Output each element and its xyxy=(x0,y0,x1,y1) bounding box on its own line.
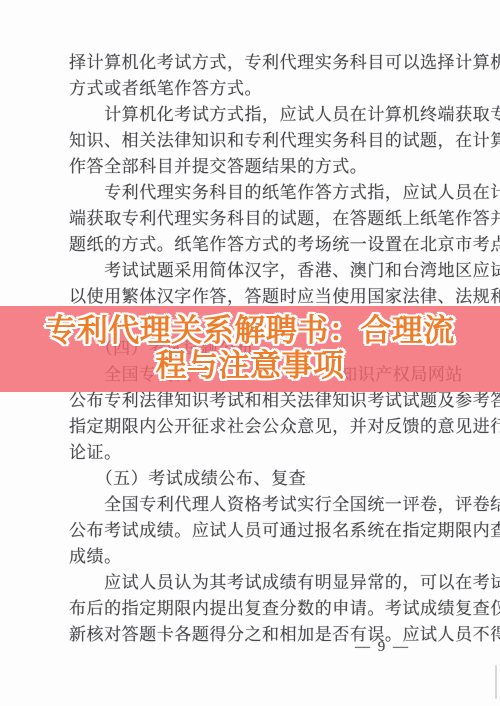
banner-title-line2: 程与注意事项 xyxy=(156,349,345,384)
document-line: 端获取专利代理实务科目的试题，在答题纸上纸笔作答并提交答 xyxy=(69,206,465,232)
document-line: 知识、相关法律知识和专利代理实务科目的试题，在计算机终端 xyxy=(69,128,465,154)
page-number: — 9 — xyxy=(355,639,410,656)
scanned-document-page: 择计算机化考试方式，专利代理实务科目可以选择计算机化考试 方式或者纸笔作答方式。… xyxy=(0,0,500,706)
document-line: 方式或者纸笔作答方式。 xyxy=(69,76,465,102)
document-line: 作答全部科目并提交答题结果的方式。 xyxy=(69,154,465,180)
document-line: 择计算机化考试方式，专利代理实务科目可以选择计算机化考试 xyxy=(69,50,465,76)
document-line: 成绩。 xyxy=(69,544,465,570)
document-line: 布后的指定期限内提出复查分数的申请。考试成绩复查仅限于重 xyxy=(69,596,465,622)
document-line: （五）考试成绩公布、复查 xyxy=(69,466,465,492)
document-line: 考试试题采用简体汉字，香港、澳门和台湾地区应试人员可 xyxy=(69,258,465,284)
document-line: 指定期限内公开征求社会公众意见，并对反馈的意见进行研究和 xyxy=(69,414,465,440)
document-line: 公布考试成绩。应试人员可通过报名系统在指定期限内查询本人 xyxy=(69,518,465,544)
banner-title-line1: 专利代理关系解聘书：合理流 xyxy=(45,314,455,349)
watermark-banner: 专利代理关系解聘书：合理流 程与注意事项 xyxy=(0,306,500,392)
document-line: 题纸的方式。纸笔作答方式的考场统一设置在北京市考点。 xyxy=(69,232,465,258)
document-line: 专利代理实务科目的纸笔作答方式指，应试人员在计算机终 xyxy=(69,180,465,206)
document-line: 应试人员认为其考试成绩有明显异常的，可以在考试成绩公 xyxy=(69,570,465,596)
document-line: 全国专利代理人资格考试实行全国统一评卷，评卷结束后将 xyxy=(69,492,465,518)
document-line: 计算机化考试方式指，应试人员在计算机终端获取专利法律 xyxy=(69,102,465,128)
scan-edge-artifact xyxy=(495,665,497,699)
document-line: 论证。 xyxy=(69,440,465,466)
